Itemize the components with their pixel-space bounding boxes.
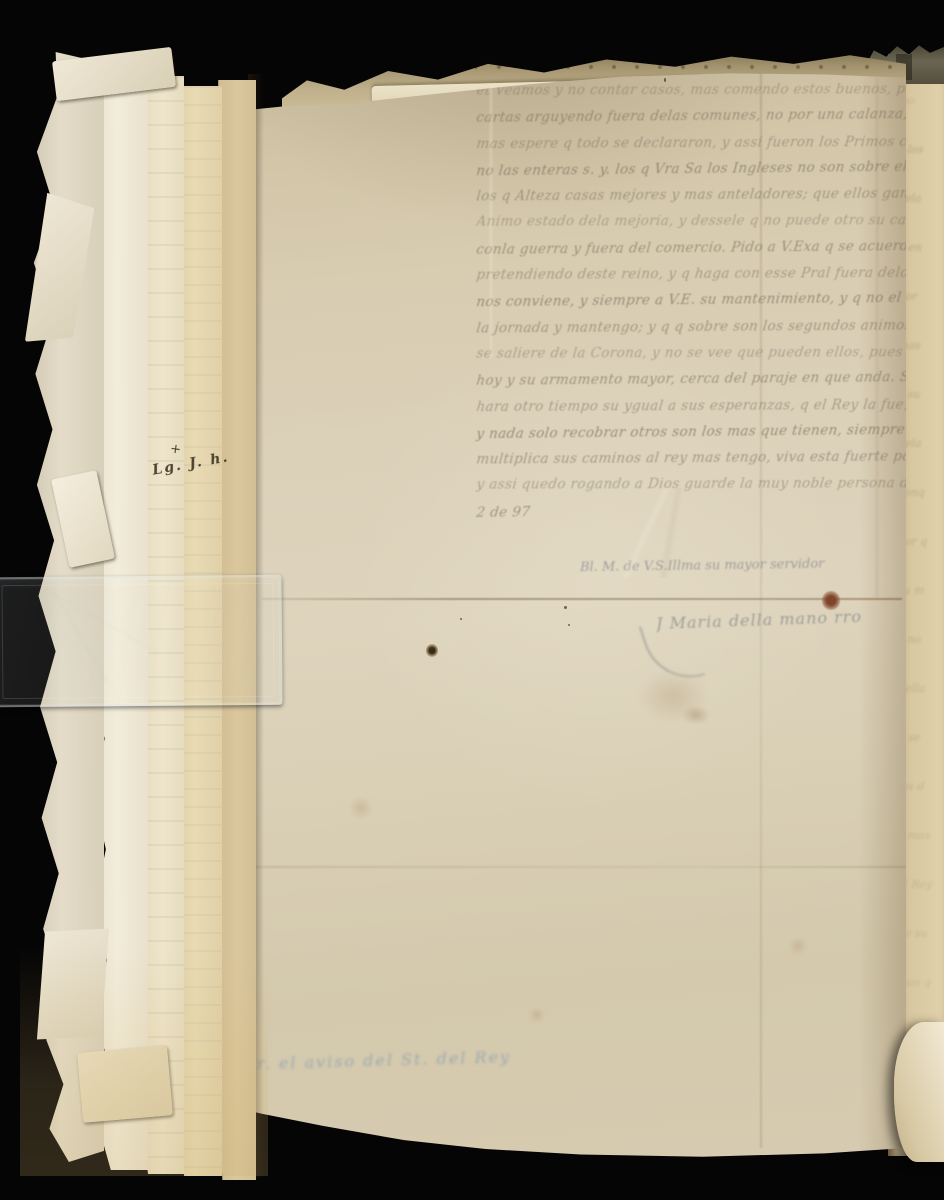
blue-pencil-annotation: Pr. el aviso del St. del Rey — [244, 1045, 574, 1073]
foxing-spot — [348, 798, 374, 818]
fold-crease-vertical-left — [490, 58, 492, 358]
top-edge-specks — [422, 62, 892, 74]
manuscript-line: la jornada y mantengo; y q q sobre son l… — [474, 317, 906, 346]
manuscript-line: multiplica sus caminos al rey mas tengo,… — [474, 449, 906, 478]
page-curl — [894, 1022, 944, 1162]
fold-crease-vertical-right — [876, 78, 878, 598]
ink-blot — [426, 644, 438, 657]
manuscript-line: Animo estado dela mejoria, y dessele q n… — [474, 213, 906, 241]
manuscript-line: se saliere de la Corona, y no se vee que… — [474, 344, 906, 372]
edge-cross-mark: + — [169, 441, 182, 457]
stain-smudge-small — [683, 706, 709, 724]
manuscript-line: los q Alteza casas mejores y mas antelad… — [474, 186, 906, 215]
manuscript-line: pretendiendo deste reino, y q haga con e… — [474, 265, 906, 294]
acrylic-weight — [0, 575, 283, 708]
wax-stain — [822, 591, 840, 610]
signature: J Maria della mano rro — [656, 606, 887, 633]
ink-speck — [460, 618, 462, 620]
ink-speck — [568, 624, 570, 626]
manuscript-line: hoy y su armamento mayor, cerca del para… — [474, 369, 906, 399]
manuscript-line: cartas arguyendo fuera delas comunes, no… — [474, 106, 906, 136]
main-page: 858 et Veamos y no contar casos, mas com… — [228, 58, 906, 1160]
manuscript-line: mas espere q todo se declararon, y assi … — [474, 133, 906, 162]
manuscript-line: y nada solo recobrar otros son los mas q… — [474, 422, 906, 453]
fold-crease-vertical — [760, 68, 762, 1148]
foxing-spot — [528, 1008, 546, 1022]
foxing-spot — [788, 938, 808, 954]
ink-speck — [564, 606, 567, 609]
manuscript-line: nos conviene, y siempre a V.E. su manten… — [474, 290, 906, 321]
manuscript-text-block: et Veamos y no contar casos, mas comendo… — [476, 82, 906, 529]
manuscript-scan: moy losdelaq enSormasy sudelaconqpor qsu… — [0, 0, 944, 1200]
fold-crease-horizontal-lower — [228, 866, 906, 868]
manuscript-line: no las enteras s. y. los q Vra Sa los In… — [474, 159, 906, 190]
paper-wrinkle — [568, 488, 728, 578]
ink-speck — [664, 78, 666, 82]
manuscript-line: conla guerra y fuera del comercio. Pido … — [474, 238, 906, 268]
manuscript-line: hara otro tiempo su ygual a sus esperanz… — [474, 396, 906, 425]
fold-crease-horizontal — [262, 598, 902, 600]
stack-bottom-tint — [20, 946, 268, 1176]
acrylic-scratches — [6, 592, 157, 683]
manuscript-line: et Veamos y no contar casos, mas comendo… — [474, 81, 906, 109]
